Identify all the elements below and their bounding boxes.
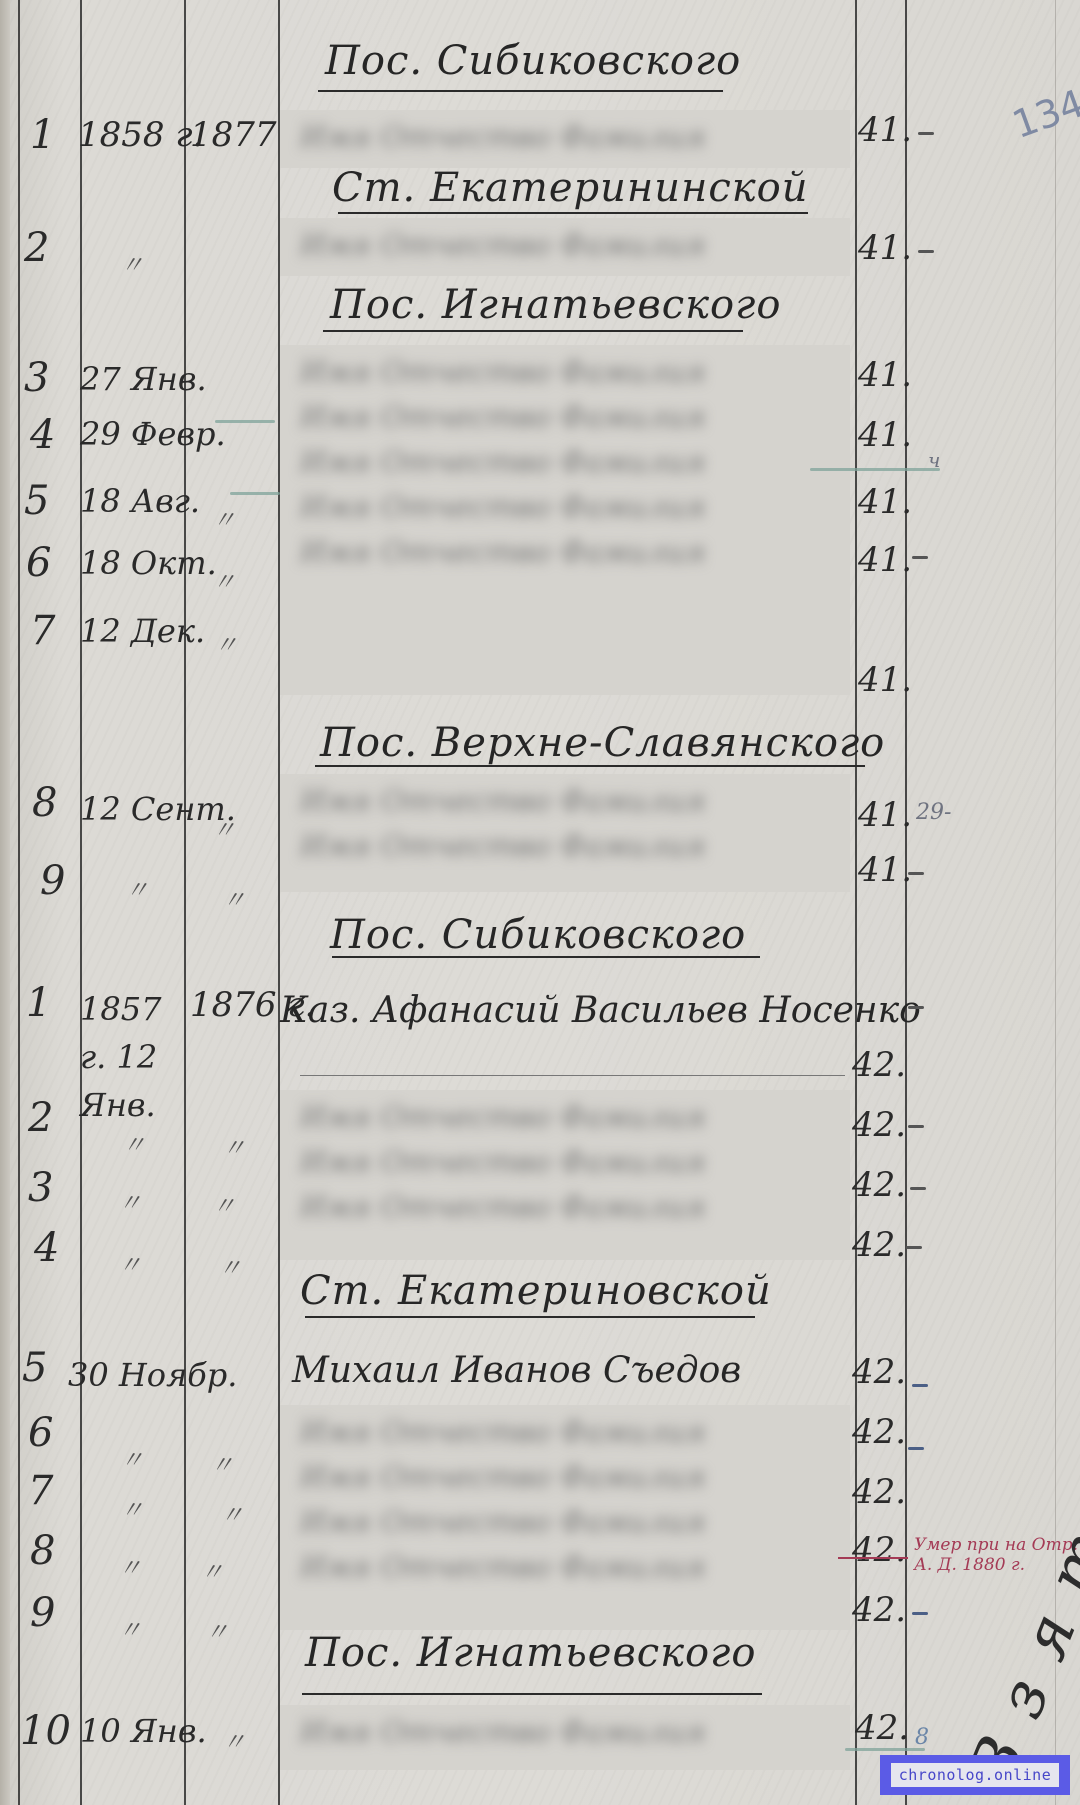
remark-dash [908,1447,924,1450]
entry-number: 4 [34,1225,59,1271]
remark-dash [910,1187,926,1190]
birth-date: 27 Янв. [80,360,207,398]
pencil-mark: 29- [916,800,951,825]
entry-number: 3 [24,355,49,401]
ditto-mark: 〃 [118,1610,142,1645]
watermark-text: chronolog.online [891,1763,1060,1787]
remark-dash [912,556,928,559]
entry-number: 6 [28,1410,53,1456]
entry-number: 1 [26,980,51,1026]
heading-underline [338,212,808,214]
birth-date: 18 Авг. [80,482,200,520]
entry-number: 3 [28,1165,53,1211]
redacted-name-block: Имя Отчество ФамилияИмя Отчество Фамилия… [280,1090,850,1260]
ditto-mark: 〃 [120,1440,144,1475]
page-ref: 41. [858,850,912,890]
remark-dash [912,1384,928,1387]
green-pencil-mark [230,492,280,495]
birth-date: 30 Ноябр. [68,1356,237,1394]
redacted-name: Имя Отчество Фамилия [280,110,850,168]
entry-number: 7 [30,608,55,654]
page-ref: 42. [852,1352,906,1392]
remark-dash [906,1246,922,1249]
page-ref: 41. [858,415,912,455]
pencil-mark: ч [928,448,940,472]
ditto-mark: 〃 [120,1490,144,1525]
column-rule-birth [184,0,186,1805]
entry-number: 2 [24,225,49,271]
entry-number: 8 [30,1528,55,1574]
heading-underline [305,1316,755,1318]
column-rule-margin [18,0,20,1805]
heading-underline [332,956,760,958]
vertical-margin-note: Взяты на учет в рекруты [955,320,1080,1797]
section-heading: Пос. Игнатьевского [305,1630,756,1676]
ditto-mark: 〃 [218,1248,242,1283]
heading-underline [323,330,743,332]
page-ref: 41. [858,540,912,580]
ditto-mark: 〃 [212,1186,236,1221]
page-ref: 42. [852,1225,906,1265]
register-page: 134 Пос. Сибиковского 1 1858 г. 1877 г. … [0,0,1080,1805]
ditto-mark: 〃 [220,1495,244,1530]
entry-number: 9 [30,1590,55,1636]
remark-dash [908,1006,924,1009]
ditto-mark: 〃 [118,1183,142,1218]
remark-dash [918,250,934,253]
heading-underline [302,1693,762,1695]
entry-name: Михаил Иванов Съедов [292,1350,741,1391]
ditto-mark: 〃 [205,1612,229,1647]
page-ref: 41. [858,228,912,268]
section-heading: Пос. Сибиковского [330,912,746,958]
entry-number: 5 [24,478,49,524]
page-ref: 42. [852,1472,906,1512]
page-ref: 42. [852,1165,906,1205]
page-ref: 41. [858,795,912,835]
section-heading: Пос. Сибиковского [325,38,741,84]
birth-date: 1858 г. [78,115,203,155]
ditto-mark: 〃 [118,1245,142,1280]
section-heading: Ст. Екатериновской [300,1268,772,1314]
ditto-mark: 〃 [120,245,144,280]
redacted-name-block: Имя Отчество ФамилияИмя Отчество Фамилия… [280,345,850,695]
entry-number: 2 [28,1095,53,1141]
entry-number: 9 [40,858,65,904]
heading-underline [315,765,865,767]
entry-name: Каз. Афанасий Васильев Носенко [280,990,921,1031]
section-heading: Ст. Екатерининской [332,165,808,211]
redacted-name-block: Имя Отчество ФамилияИмя Отчество Фамилия… [280,1405,850,1630]
remark-dash [908,872,924,875]
page-ref: 42. [855,1708,909,1748]
page-ref: 42. [852,1412,906,1452]
red-strikethrough [838,1557,908,1559]
remark-dash [912,1612,928,1615]
pencil-mark: 8 [915,1725,929,1750]
book-binding-edge [0,0,10,1805]
entry-number: 6 [26,540,51,586]
page-ref: 41. [858,355,912,395]
ditto-mark: 〃 [212,562,236,597]
ditto-mark: 〃 [212,500,236,535]
row-rule [300,1075,845,1076]
entry-number: 1 [30,112,55,158]
folio-number: 134 [1007,81,1080,147]
watermark-badge: chronolog.online [880,1755,1070,1795]
section-heading: Пос. Игнатьевского [330,282,781,328]
birth-date: 1857 г. 12 Янв. [80,985,176,1129]
page-ref: 42. [852,1105,906,1145]
remark-dash [918,132,934,135]
ditto-mark: 〃 [122,1125,146,1160]
page-ref: 41. [858,482,912,522]
ditto-mark: 〃 [212,810,236,845]
column-rule-number [80,0,82,1805]
ditto-mark: 〃 [214,625,238,660]
page-ref: 42. [852,1045,906,1085]
ditto-mark: 〃 [125,870,149,905]
redacted-name: Имя Отчество Фамилия [280,1705,850,1770]
entry-number: 5 [22,1345,47,1391]
entry-number: 4 [30,412,55,458]
ditto-mark: 〃 [222,1128,246,1163]
ditto-mark: 〃 [210,1445,234,1480]
ditto-mark: 〃 [222,880,246,915]
redacted-name: Имя Отчество Фамилия [280,218,850,276]
page-ref: 42. [852,1590,906,1630]
entry-number: 7 [28,1468,53,1514]
birth-date: 12 Дек. [80,612,205,650]
page-ref: 41. [858,660,912,700]
ditto-mark: 〃 [222,1722,246,1757]
birth-date: 18 Окт. [80,544,217,582]
page-ref-struck: 42. [852,1530,906,1570]
birth-date: 29 Февр. [80,415,226,453]
redacted-name-block: Имя Отчество ФамилияИмя Отчество Фамилия [280,774,850,892]
green-pencil-mark [845,1748,925,1751]
heading-underline [318,90,723,92]
green-pencil-mark [215,420,275,423]
birth-date: 10 Янв. [80,1712,207,1750]
section-heading: Пос. Верхне-Славянского [320,720,885,766]
entry-number: 8 [32,780,57,826]
page-ref: 41. [858,110,912,150]
ditto-mark: 〃 [200,1552,224,1587]
green-pencil-mark [810,468,940,471]
remark-dash [908,1125,924,1128]
ditto-mark: 〃 [118,1548,142,1583]
entry-number: 10 [20,1708,71,1754]
